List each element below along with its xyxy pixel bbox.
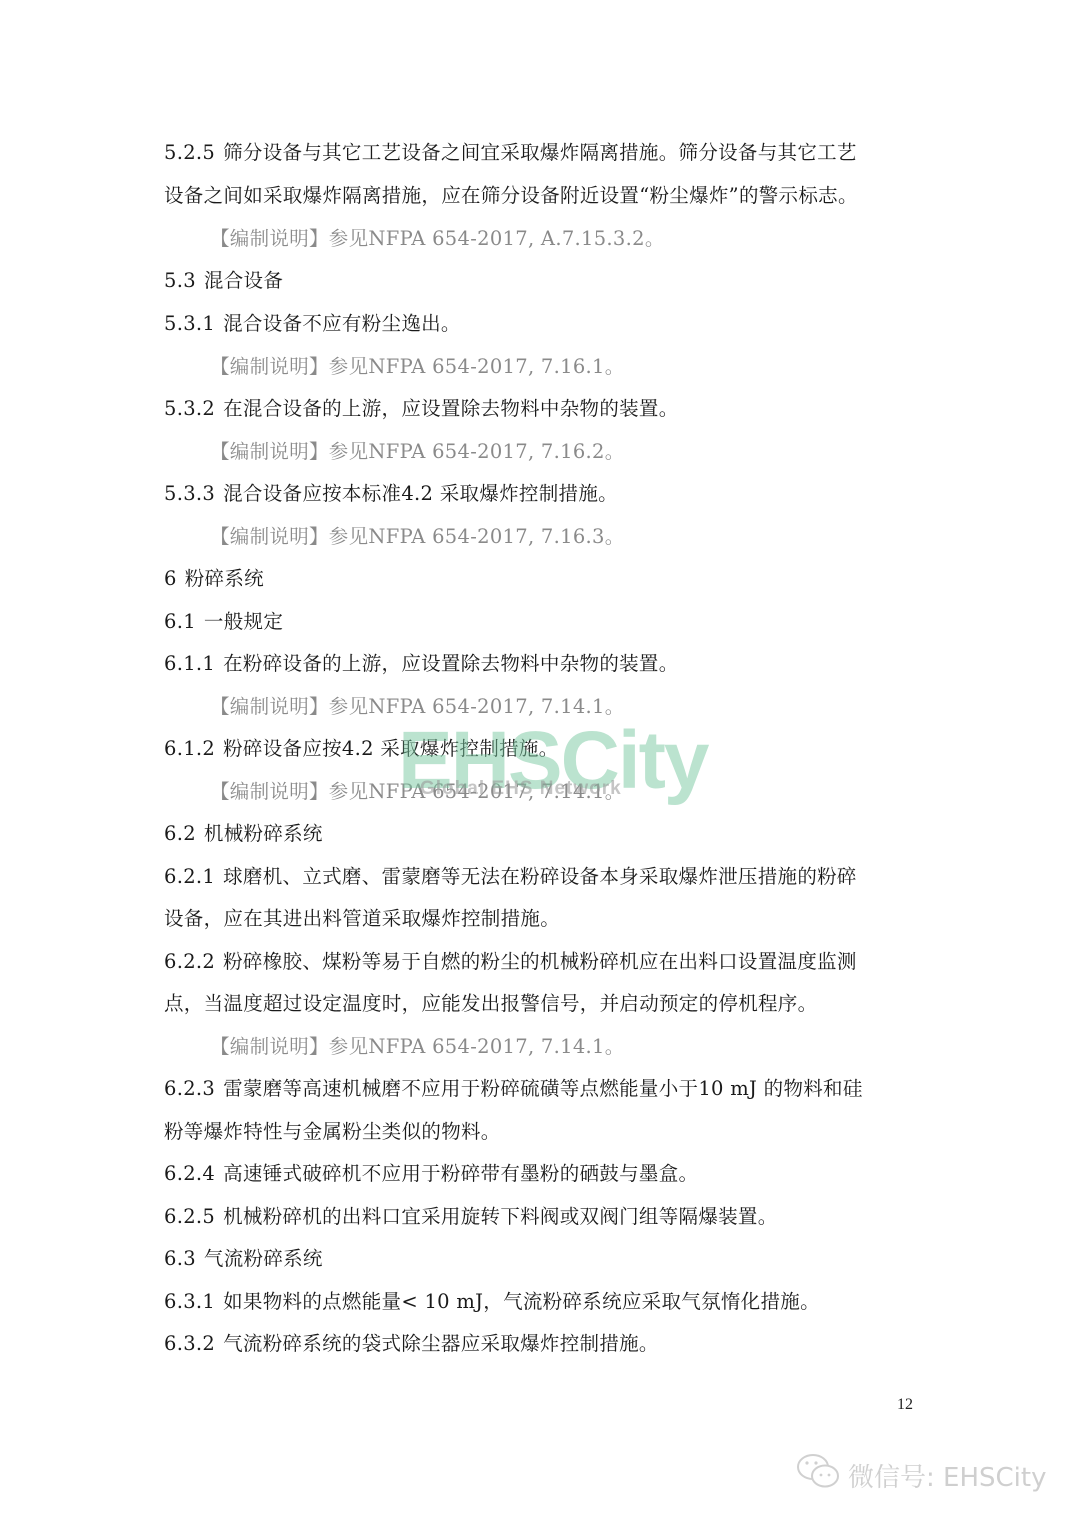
clause-number: 6.1.1 [164, 652, 215, 675]
line-text: 【编制说明】参见NFPA 654-2017, A.7.15.3.2。 [210, 227, 665, 250]
clause-line: 6.3.1如果物料的点燃能量< 10 mJ，气流粉碎系统应采取气氛惰化措施。 [164, 1289, 820, 1315]
line-text: 混合设备应按本标准4.2 采取爆炸控制措施。 [223, 482, 618, 505]
clause-line: 5.3.1混合设备不应有粉尘逸出。 [164, 311, 461, 337]
section-line: 6.3气流粉碎系统 [164, 1246, 323, 1272]
line-text: 高速锤式破碎机不应用于粉碎带有墨粉的硒鼓与墨盒。 [223, 1162, 698, 1185]
line-text: 【编制说明】参见NFPA 654-2017, 7.14.1。 [210, 1035, 625, 1058]
wechat-badge: 微信号: EHSCity [796, 1450, 1046, 1500]
chapter-line: 6粉碎系统 [164, 566, 264, 592]
line-text: 筛分设备与其它工艺设备之间宜采取爆炸隔离措施。筛分设备与其它工艺 [223, 141, 857, 164]
clause-line: 6.2.4高速锤式破碎机不应用于粉碎带有墨粉的硒鼓与墨盒。 [164, 1161, 698, 1187]
editorial-note: 【编制说明】参见NFPA 654-2017, 7.14.1。 [210, 694, 625, 720]
editorial-note: 【编制说明】参见NFPA 654-2017, 7.16.2。 [210, 439, 625, 465]
line-text: 气流粉碎系统的袋式除尘器应采取爆炸控制措施。 [223, 1332, 659, 1355]
line-text: 雷蒙磨等高速机械磨不应用于粉碎硫磺等点燃能量小于10 mJ 的物料和硅 [223, 1077, 863, 1100]
line-text: 气流粉碎系统 [204, 1247, 323, 1270]
line-text: 机械粉碎系统 [204, 822, 323, 845]
section-line: 6.1一般规定 [164, 609, 283, 635]
clause-line: 6.1.2粉碎设备应按4.2 采取爆炸控制措施。 [164, 736, 559, 762]
line-text: 点，当温度超过设定温度时，应能发出报警信号，并启动预定的停机程序。 [164, 992, 817, 1015]
line-text: 如果物料的点燃能量< 10 mJ，气流粉碎系统应采取气氛惰化措施。 [223, 1290, 820, 1313]
section-line: 5.3混合设备 [164, 268, 283, 294]
line-text: 【编制说明】参见NFPA 654-2017, 7.16.1。 [210, 355, 625, 378]
clause-number: 6 [164, 567, 177, 590]
line-text: 【编制说明】参见NFPA 654-2017, 7.14.1。 [210, 695, 625, 718]
editorial-note: 【编制说明】参见NFPA 654-2017, 7.14.1。 [210, 779, 625, 805]
continuation-line: 设备之间如采取爆炸隔离措施，应在筛分设备附近设置“粉尘爆炸”的警示标志。 [164, 183, 858, 209]
section-line: 6.2机械粉碎系统 [164, 821, 323, 847]
clause-number: 6.3 [164, 1247, 196, 1270]
wechat-icon [796, 1452, 848, 1499]
clause-number: 6.3.2 [164, 1332, 215, 1355]
continuation-line: 点，当温度超过设定温度时，应能发出报警信号，并启动预定的停机程序。 [164, 991, 817, 1017]
line-text: 机械粉碎机的出料口宜采用旋转下料阀或双阀门组等隔爆装置。 [223, 1205, 777, 1228]
continuation-line: 设备，应在其进出料管道采取爆炸控制措施。 [164, 906, 560, 932]
clause-number: 6.1 [164, 610, 196, 633]
line-text: 【编制说明】参见NFPA 654-2017, 7.16.3。 [210, 525, 625, 548]
clause-number: 6.2.1 [164, 865, 215, 888]
clause-number: 6.2.5 [164, 1205, 215, 1228]
clause-number: 6.2.4 [164, 1162, 215, 1185]
editorial-note: 【编制说明】参见NFPA 654-2017, 7.16.1。 [210, 354, 625, 380]
clause-number: 6.2.3 [164, 1077, 215, 1100]
clause-number: 6.3.1 [164, 1290, 215, 1313]
editorial-note: 【编制说明】参见NFPA 654-2017, 7.14.1。 [210, 1034, 625, 1060]
clause-line: 5.3.2在混合设备的上游，应设置除去物料中杂物的装置。 [164, 396, 679, 422]
clause-number: 6.2 [164, 822, 196, 845]
line-text: 混合设备不应有粉尘逸出。 [223, 312, 461, 335]
clause-line: 6.2.5机械粉碎机的出料口宜采用旋转下料阀或双阀门组等隔爆装置。 [164, 1204, 778, 1230]
line-text: 粉碎设备应按4.2 采取爆炸控制措施。 [223, 737, 558, 760]
clause-line: 6.3.2气流粉碎系统的袋式除尘器应采取爆炸控制措施。 [164, 1331, 659, 1357]
clause-number: 5.3.3 [164, 482, 215, 505]
wechat-id-text: 微信号: EHSCity [848, 1457, 1046, 1494]
line-text: 粉碎橡胶、煤粉等易于自燃的粉尘的机械粉碎机应在出料口设置温度监测 [223, 950, 857, 973]
document-page: 5.2.5筛分设备与其它工艺设备之间宜采取爆炸隔离措施。筛分设备与其它工艺设备之… [0, 0, 1080, 1527]
line-text: 在混合设备的上游，应设置除去物料中杂物的装置。 [223, 397, 678, 420]
clause-line: 5.2.5筛分设备与其它工艺设备之间宜采取爆炸隔离措施。筛分设备与其它工艺 [164, 140, 857, 166]
clause-line: 6.1.1在粉碎设备的上游，应设置除去物料中杂物的装置。 [164, 651, 679, 677]
editorial-note: 【编制说明】参见NFPA 654-2017, 7.16.3。 [210, 524, 625, 550]
editorial-note: 【编制说明】参见NFPA 654-2017, A.7.15.3.2。 [210, 226, 665, 252]
line-text: 球磨机、立式磨、雷蒙磨等无法在粉碎设备本身采取爆炸泄压措施的粉碎 [223, 865, 857, 888]
line-text: 一般规定 [204, 610, 283, 633]
page-number: 12 [897, 1396, 913, 1414]
clause-line: 6.2.3雷蒙磨等高速机械磨不应用于粉碎硫磺等点燃能量小于10 mJ 的物料和硅 [164, 1076, 863, 1102]
clause-number: 6.1.2 [164, 737, 215, 760]
clause-number: 5.3.2 [164, 397, 215, 420]
clause-number: 5.2.5 [164, 141, 215, 164]
continuation-line: 粉等爆炸特性与金属粉尘类似的物料。 [164, 1119, 501, 1145]
line-text: 粉等爆炸特性与金属粉尘类似的物料。 [164, 1120, 501, 1143]
line-text: 在粉碎设备的上游，应设置除去物料中杂物的装置。 [223, 652, 678, 675]
clause-number: 5.3 [164, 269, 196, 292]
clause-number: 5.3.1 [164, 312, 215, 335]
line-text: 【编制说明】参见NFPA 654-2017, 7.14.1。 [210, 780, 625, 803]
clause-line: 6.2.2粉碎橡胶、煤粉等易于自燃的粉尘的机械粉碎机应在出料口设置温度监测 [164, 949, 857, 975]
clause-number: 6.2.2 [164, 950, 215, 973]
clause-line: 5.3.3混合设备应按本标准4.2 采取爆炸控制措施。 [164, 481, 618, 507]
line-text: 混合设备 [204, 269, 283, 292]
line-text: 设备，应在其进出料管道采取爆炸控制措施。 [164, 907, 560, 930]
line-text: 【编制说明】参见NFPA 654-2017, 7.16.2。 [210, 440, 625, 463]
line-text: 粉碎系统 [185, 567, 264, 590]
clause-line: 6.2.1球磨机、立式磨、雷蒙磨等无法在粉碎设备本身采取爆炸泄压措施的粉碎 [164, 864, 857, 890]
line-text: 设备之间如采取爆炸隔离措施，应在筛分设备附近设置“粉尘爆炸”的警示标志。 [164, 184, 858, 207]
